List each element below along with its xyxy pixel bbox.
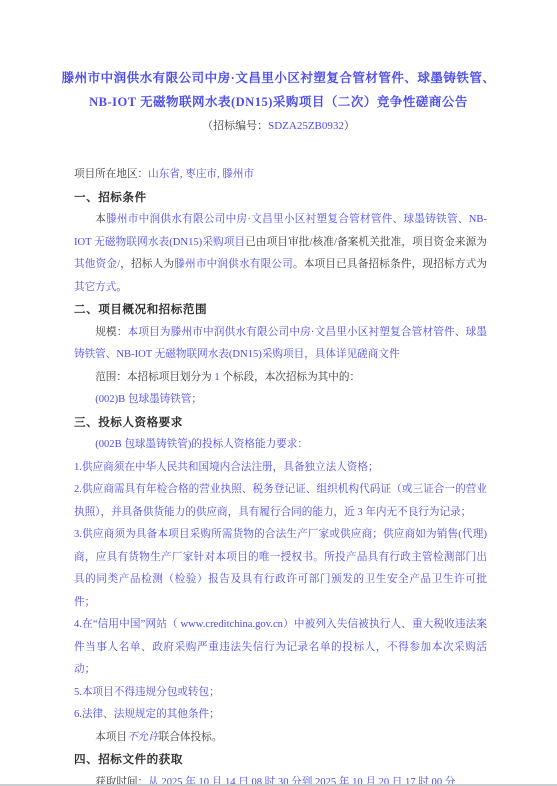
paragraph: 2.供应商需具有年检合格的营业执照、税务登记证、组织机构代码证（或三证合一的营业… bbox=[74, 479, 487, 524]
page-title: 滕州市中润供水有限公司中房·文昌里小区衬塑复合管材管件、球墨铸铁管、NB-IOT… bbox=[58, 66, 499, 114]
text-segment: 本项目为滕州市中润供水有限公司中房·文昌里小区衬塑复合管材管件、球墨铸铁管、NB… bbox=[74, 327, 487, 361]
paragraph: 获取时间：从 2025 年 10 月 14 日 08 时 30 分到 2025 … bbox=[74, 772, 487, 786]
section-bidder-qualifications: 三、投标人资格要求 (002B 包球墨铸铁管)的投标人资格能力要求：1.供应商须… bbox=[74, 412, 487, 750]
section-heading: 一、招标条件 bbox=[74, 187, 487, 210]
tender-reference-prefix: （招标编号： bbox=[202, 120, 268, 132]
section-paragraphs: 规模：本项目为滕州市中润供水有限公司中房·文昌里小区衬塑复合管材管件、球墨铸铁管… bbox=[74, 322, 487, 412]
text-segment: 规模： bbox=[95, 327, 127, 338]
text-segment: 获取时间： bbox=[95, 777, 148, 786]
text-segment: 个标段，本次招标为其中的： bbox=[220, 372, 360, 383]
text-segment: 联合体投标。 bbox=[159, 732, 223, 743]
text-segment: 6.法律、法规规定的其他条件； bbox=[74, 709, 220, 720]
paragraph: (002B 包球墨铸铁管)的投标人资格能力要求： bbox=[74, 434, 487, 457]
section-paragraphs: 本滕州市中润供水有限公司中房·文昌里小区衬塑复合管材管件、球墨铸铁管、NB-IO… bbox=[74, 209, 487, 299]
tender-reference-number: SDZA25ZB0932 bbox=[268, 120, 344, 132]
text-segment: 已由项目审批/核准/备案机关批准，项目资金来源为 bbox=[245, 237, 487, 248]
text-segment: 1.供应商须在中华人民共和国境内合法注册，具备独立法人资格； bbox=[74, 462, 379, 473]
section-heading: 二、项目概况和招标范围 bbox=[74, 299, 487, 322]
paragraph: 3.供应商须为具备本项目采购所需货物的合法生产厂家或供应商；供应商如为销售(代理… bbox=[74, 524, 487, 614]
section-paragraphs: (002B 包球墨铸铁管)的投标人资格能力要求：1.供应商须在中华人民共和国境内… bbox=[74, 434, 487, 749]
paragraph: 本项目不允许联合体投标。 bbox=[74, 727, 487, 750]
text-segment: 4.在“信用中国”网站（ www.creditchina.gov.cn）中被列入… bbox=[74, 619, 487, 675]
text-segment: 本项目 bbox=[95, 732, 127, 743]
tender-reference-line: （招标编号：SDZA25ZB0932） bbox=[0, 114, 557, 138]
section-paragraphs: 获取时间：从 2025 年 10 月 14 日 08 时 30 分到 2025 … bbox=[74, 772, 487, 786]
paragraph: 本滕州市中润供水有限公司中房·文昌里小区衬塑复合管材管件、球墨铸铁管、NB-IO… bbox=[74, 209, 487, 299]
text-segment: 范围：本招标项目划分为 bbox=[95, 372, 214, 383]
text-segment: 本 bbox=[95, 214, 106, 225]
text-segment: 。本项目已具备招标条件，现招标方式为 bbox=[293, 259, 487, 270]
paragraph: 5.本项目不得违规分包或转包； bbox=[74, 682, 487, 705]
text-segment: 从 2025 年 10 月 14 日 08 时 30 分到 2025 年 10 … bbox=[148, 777, 455, 786]
paragraph: 1.供应商须在中华人民共和国境内合法注册，具备独立法人资格； bbox=[74, 457, 487, 480]
section-tender-conditions: 一、招标条件 本滕州市中润供水有限公司中房·文昌里小区衬塑复合管材管件、球墨铸铁… bbox=[74, 187, 487, 300]
text-segment: ，招标人为 bbox=[120, 259, 174, 270]
paragraph: 6.法律、法规规定的其他条件； bbox=[74, 704, 487, 727]
announcement-page: 滕州市中润供水有限公司中房·文昌里小区衬塑复合管材管件、球墨铸铁管、NB-IOT… bbox=[0, 0, 557, 786]
paragraph: 4.在“信用中国”网站（ www.creditchina.gov.cn）中被列入… bbox=[74, 614, 487, 682]
text-segment: 5.本项目不得违规分包或转包； bbox=[74, 687, 220, 698]
tender-reference-suffix: ） bbox=[344, 120, 355, 132]
project-location-line: 项目所在地区：山东省, 枣庄市, 滕州市 bbox=[74, 164, 487, 187]
text-segment: 不允许 bbox=[127, 732, 159, 743]
text-segment: 2.供应商需具有年检合格的营业执照、税务登记证、组织机构代码证（或三证合一的营业… bbox=[74, 484, 487, 518]
section-heading: 四、招标文件的获取 bbox=[74, 749, 487, 772]
text-segment: 3.供应商须为具备本项目采购所需货物的合法生产厂家或供应商；供应商如为销售(代理… bbox=[74, 529, 487, 608]
text-segment: 其他资金/ bbox=[74, 259, 120, 270]
text-segment: (002)B 包球墨铸铁管； bbox=[95, 394, 202, 405]
text-segment: 。 bbox=[116, 282, 127, 293]
section-document-acquisition: 四、招标文件的获取 获取时间：从 2025 年 10 月 14 日 08 时 3… bbox=[74, 749, 487, 786]
paragraph: 规模：本项目为滕州市中润供水有限公司中房·文昌里小区衬塑复合管材管件、球墨铸铁管… bbox=[74, 322, 487, 367]
section-heading: 三、投标人资格要求 bbox=[74, 412, 487, 435]
text-segment: 滕州市中润供水有限公司 bbox=[174, 259, 293, 270]
text-segment: 其它方式 bbox=[74, 282, 116, 293]
project-location-label: 项目所在地区： bbox=[74, 169, 148, 180]
document-body: 项目所在地区：山东省, 枣庄市, 滕州市 一、招标条件 本滕州市中润供水有限公司… bbox=[74, 164, 487, 786]
text-segment: (002B 包球墨铸铁管)的投标人资格能力要求： bbox=[95, 439, 308, 450]
section-project-overview: 二、项目概况和招标范围 规模：本项目为滕州市中润供水有限公司中房·文昌里小区衬塑… bbox=[74, 299, 487, 412]
project-location-value: 山东省, 枣庄市, 滕州市 bbox=[148, 169, 254, 180]
paragraph: (002)B 包球墨铸铁管； bbox=[74, 389, 487, 412]
paragraph: 范围：本招标项目划分为 1 个标段，本次招标为其中的： bbox=[74, 367, 487, 390]
